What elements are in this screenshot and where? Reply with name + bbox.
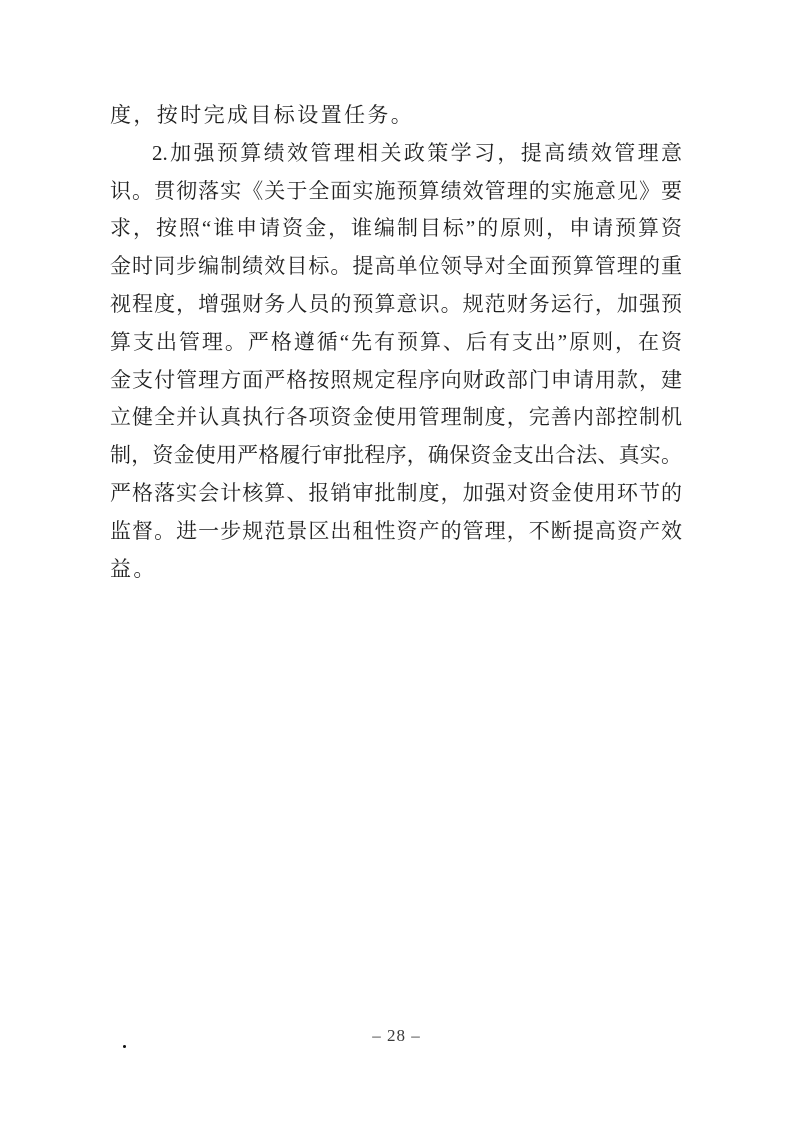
body-text-line: 求，按照“谁申请资金，谁编制目标”的原则，申请预算资 — [110, 210, 682, 248]
body-text-line: 金时同步编制绩效目标。提高单位领导对全面预算管理的重 — [110, 248, 682, 286]
body-text-line: 制，资金使用严格履行审批程序，确保资金支出合法、真实。 — [110, 437, 682, 475]
body-text-block: 度，按时完成目标设置任务。 2.加强预算绩效管理相关政策学习，提高绩效管理意 识… — [110, 97, 682, 588]
body-text-line: 监督。进一步规范景区出租性资产的管理，不断提高资产效 — [110, 513, 682, 551]
body-text-line: 益。 — [110, 551, 682, 589]
body-text-line: 识。贯彻落实《关于全面实施预算绩效管理的实施意见》要 — [110, 173, 682, 211]
body-text-line: 算支出管理。严格遵循“先有预算、后有支出”原则，在资 — [110, 324, 682, 362]
body-text-line: 度，按时完成目标设置任务。 — [110, 97, 682, 135]
body-text-line: 严格落实会计核算、报销审批制度，加强对资金使用环节的 — [110, 475, 682, 513]
ink-dot-mark — [123, 1045, 126, 1048]
body-text-line: 金支付管理方面严格按照规定程序向财政部门申请用款，建 — [110, 362, 682, 400]
page-number: – 28 – — [0, 1026, 793, 1046]
document-page: 度，按时完成目标设置任务。 2.加强预算绩效管理相关政策学习，提高绩效管理意 识… — [0, 0, 793, 1122]
body-text-line: 2.加强预算绩效管理相关政策学习，提高绩效管理意 — [110, 135, 682, 173]
body-text-line: 立健全并认真执行各项资金使用管理制度，完善内部控制机 — [110, 399, 682, 437]
body-text-line: 视程度，增强财务人员的预算意识。规范财务运行，加强预 — [110, 286, 682, 324]
